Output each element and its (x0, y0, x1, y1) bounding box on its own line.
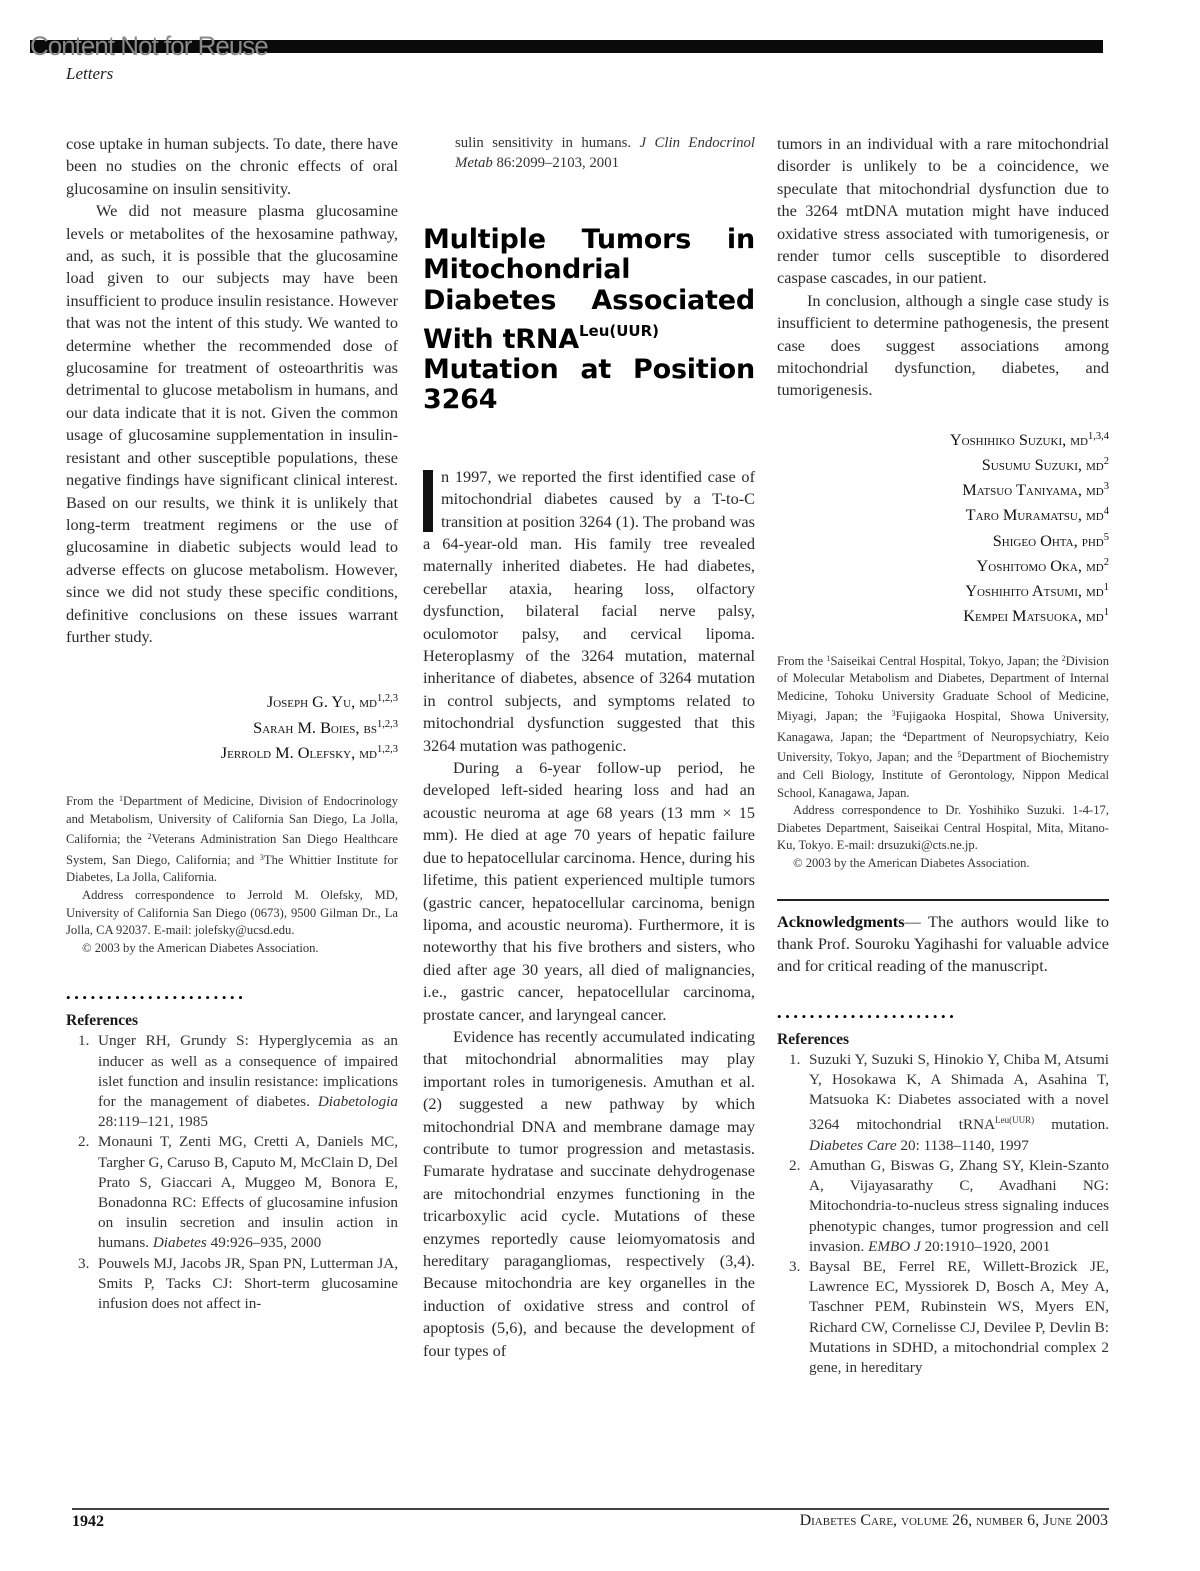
column-1: cose uptake in human subjects. To date, … (66, 133, 398, 1314)
correspondence-address: Address correspondence to Dr. Yoshihiko … (777, 802, 1109, 855)
author: Yoshitomo Oka, md2 (777, 552, 1109, 577)
author: Joseph G. Yu, md1,2,3 (66, 688, 398, 713)
column-2: sulin sensitivity in humans. J Clin Endo… (423, 133, 755, 1362)
section-label: Letters (66, 64, 113, 84)
divider-rule (777, 899, 1109, 901)
reference-item: sulin sensitivity in humans. J Clin Endo… (423, 133, 755, 173)
page-number: 1942 (72, 1513, 104, 1531)
reference-item: 1.Suzuki Y, Suzuki S, Hinokio Y, Chiba M… (777, 1050, 1109, 1156)
paragraph: In conclusion, although a single case st… (777, 290, 1109, 402)
paragraph: We did not measure plasma glucosamine le… (66, 200, 398, 648)
paragraph: cose uptake in human subjects. To date, … (66, 133, 398, 200)
affiliations: From the 1Saiseikai Central Hospital, To… (777, 650, 1109, 873)
drop-cap-i (423, 470, 433, 532)
paragraph: n 1997, we reported the first identified… (423, 466, 755, 757)
author-list: Joseph G. Yu, md1,2,3 Sarah M. Boies, bs… (66, 688, 398, 764)
author: Shigeo Ohta, phd5 (777, 527, 1109, 552)
author: Jerrold M. Olefsky, md1,2,3 (66, 739, 398, 764)
copyright: © 2003 by the American Diabetes Associat… (66, 940, 398, 958)
journal-citation: Diabetes Care, volume 26, number 6, June… (800, 1512, 1108, 1530)
watermark: Content Not for Reuse (30, 31, 268, 61)
section-divider: •••••••••••••••••••••• (777, 1010, 1109, 1024)
author-list: Yoshihiko Suzuki, md1,3,4 Susumu Suzuki,… (777, 426, 1109, 628)
acknowledgments: Acknowledgments— The authors would like … (777, 911, 1109, 978)
author: Sarah M. Boies, bs1,2,3 (66, 714, 398, 739)
author: Kempei Matsuoka, md1 (777, 602, 1109, 627)
reference-list-continued: sulin sensitivity in humans. J Clin Endo… (423, 133, 755, 173)
references-heading: References (777, 1030, 1109, 1050)
paragraph: During a 6-year follow-up period, he dev… (423, 757, 755, 1026)
reference-item: 3.Pouwels MJ, Jacobs JR, Span PN, Lutter… (66, 1254, 398, 1315)
article-title: Multiple Tumors in Mitochondrial Diabete… (423, 225, 755, 416)
reference-list: 1.Suzuki Y, Suzuki S, Hinokio Y, Chiba M… (777, 1050, 1109, 1378)
paragraph: Evidence has recently accumulated indica… (423, 1026, 755, 1362)
reference-list: 1.Unger RH, Grundy S: Hyperglycemia as a… (66, 1031, 398, 1314)
author: Yoshihiko Suzuki, md1,3,4 (777, 426, 1109, 451)
author: Yoshihito Atsumi, md1 (777, 577, 1109, 602)
column-3: tumors in an individual with a rare mito… (777, 133, 1109, 1378)
section-divider: •••••••••••••••••••••• (66, 991, 398, 1005)
copyright: © 2003 by the American Diabetes Associat… (777, 855, 1109, 873)
article-body: n 1997, we reported the first identified… (423, 466, 755, 1362)
author: Susumu Suzuki, md2 (777, 451, 1109, 476)
affiliations: From the 1Department of Medicine, Divisi… (66, 790, 398, 957)
reference-item: 3.Baysal BE, Ferrel RE, Willett-Brozick … (777, 1257, 1109, 1378)
correspondence-address: Address correspondence to Jerrold M. Ole… (66, 887, 398, 940)
footer-rule (72, 1508, 1109, 1510)
reference-item: 2.Amuthan G, Biswas G, Zhang SY, Klein-S… (777, 1156, 1109, 1257)
author: Matsuo Taniyama, md3 (777, 476, 1109, 501)
references-heading: References (66, 1011, 398, 1031)
author: Taro Muramatsu, md4 (777, 501, 1109, 526)
reference-item: 1.Unger RH, Grundy S: Hyperglycemia as a… (66, 1031, 398, 1132)
reference-item: 2.Monauni T, Zenti MG, Cretti A, Daniels… (66, 1132, 398, 1253)
paragraph: tumors in an individual with a rare mito… (777, 133, 1109, 290)
